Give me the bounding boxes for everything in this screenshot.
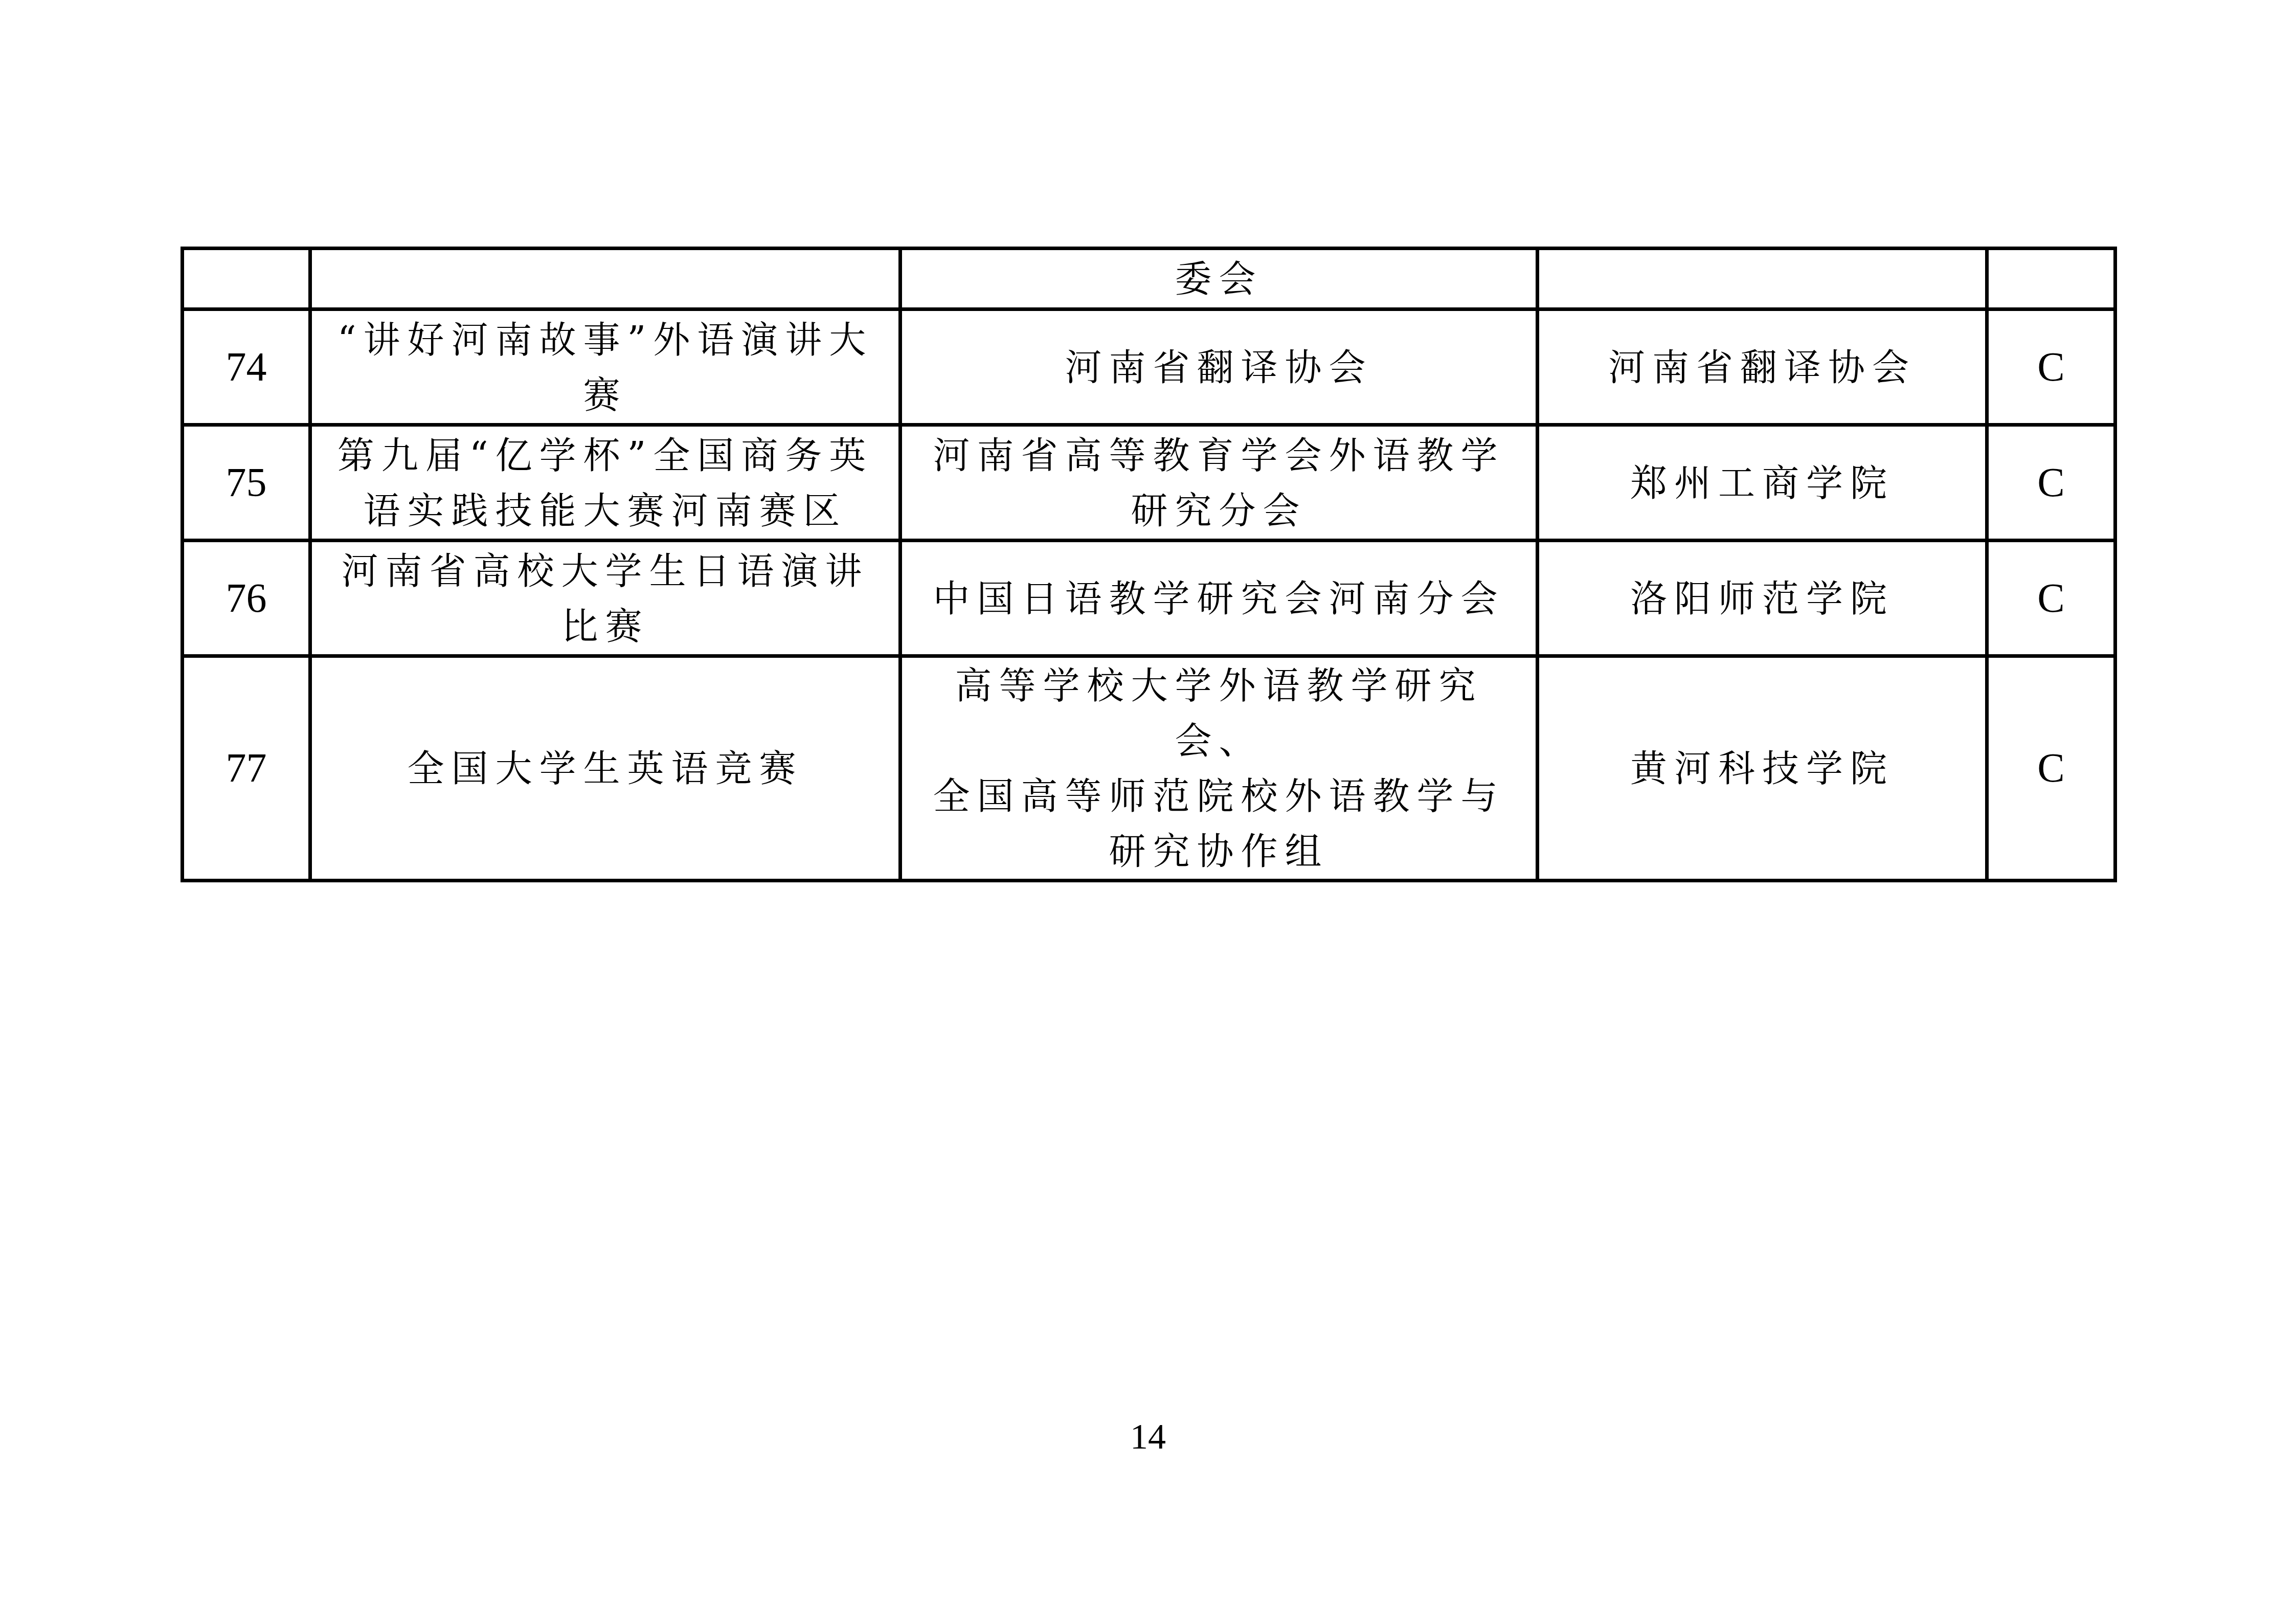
page-number: 14	[0, 1417, 2296, 1458]
cell-host: 郑州工商学院	[1538, 425, 1987, 541]
cell-num: 74	[183, 309, 310, 425]
table-row: 77 全国大学生英语竞赛 高等学校大学外语教学研究会、 全国高等师范院校外语教学…	[183, 656, 2115, 881]
cell-name	[310, 249, 901, 309]
organizer-line: 全国高等师范院校外语教学与	[913, 768, 1524, 824]
name-line: 语实践技能大赛河南赛区	[323, 483, 887, 538]
name-line: “讲好河南故事”外语演讲大	[323, 312, 887, 367]
table-row-continuation: 委会	[183, 249, 2115, 309]
name-line: 全国大学生英语竞赛	[323, 741, 887, 796]
cell-organizer: 委会	[901, 249, 1538, 309]
cell-level: C	[1987, 541, 2115, 656]
organizer-line: 河南省翻译协会	[913, 340, 1524, 395]
table-row: 74 “讲好河南故事”外语演讲大 赛 河南省翻译协会 河南省翻译协会 C	[183, 309, 2115, 425]
cell-level: C	[1987, 656, 2115, 881]
cell-num: 75	[183, 425, 310, 541]
cell-host	[1538, 249, 1987, 309]
cell-name: 河南省高校大学生日语演讲 比赛	[310, 541, 901, 656]
host-line: 洛阳师范学院	[1550, 571, 1974, 626]
cell-num	[183, 249, 310, 309]
cell-level: C	[1987, 425, 2115, 541]
organizer-line: 河南省高等教育学会外语教学	[913, 428, 1524, 483]
name-line: 比赛	[323, 598, 887, 654]
name-line: 第九届“亿学杯”全国商务英	[323, 428, 887, 483]
organizer-line: 高等学校大学外语教学研究会、	[913, 658, 1524, 768]
cell-name: 全国大学生英语竞赛	[310, 656, 901, 881]
cell-name: 第九届“亿学杯”全国商务英 语实践技能大赛河南赛区	[310, 425, 901, 541]
organizer-line: 中国日语教学研究会河南分会	[913, 571, 1524, 626]
cell-num: 77	[183, 656, 310, 881]
cell-level	[1987, 249, 2115, 309]
cell-organizer: 河南省翻译协会	[901, 309, 1538, 425]
organizer-line: 研究协作组	[913, 824, 1524, 879]
organizer-line: 研究分会	[913, 483, 1524, 538]
cell-host: 黄河科技学院	[1538, 656, 1987, 881]
cell-level: C	[1987, 309, 2115, 425]
cell-host: 河南省翻译协会	[1538, 309, 1987, 425]
organizer-line: 委会	[913, 251, 1524, 306]
host-line: 河南省翻译协会	[1550, 340, 1974, 395]
table-row: 75 第九届“亿学杯”全国商务英 语实践技能大赛河南赛区 河南省高等教育学会外语…	[183, 425, 2115, 541]
cell-host: 洛阳师范学院	[1538, 541, 1987, 656]
name-line: 河南省高校大学生日语演讲	[323, 543, 887, 598]
cell-organizer: 高等学校大学外语教学研究会、 全国高等师范院校外语教学与 研究协作组	[901, 656, 1538, 881]
cell-organizer: 河南省高等教育学会外语教学 研究分会	[901, 425, 1538, 541]
name-line: 赛	[323, 367, 887, 422]
cell-name: “讲好河南故事”外语演讲大 赛	[310, 309, 901, 425]
table-row: 76 河南省高校大学生日语演讲 比赛 中国日语教学研究会河南分会 洛阳师范学院 …	[183, 541, 2115, 656]
competition-table: 委会 74 “讲好河南故事”外语演讲大 赛 河南省翻译协会 河南省翻译协会 C …	[181, 247, 2117, 882]
host-line: 郑州工商学院	[1550, 455, 1974, 510]
cell-organizer: 中国日语教学研究会河南分会	[901, 541, 1538, 656]
cell-num: 76	[183, 541, 310, 656]
host-line: 黄河科技学院	[1550, 741, 1974, 796]
